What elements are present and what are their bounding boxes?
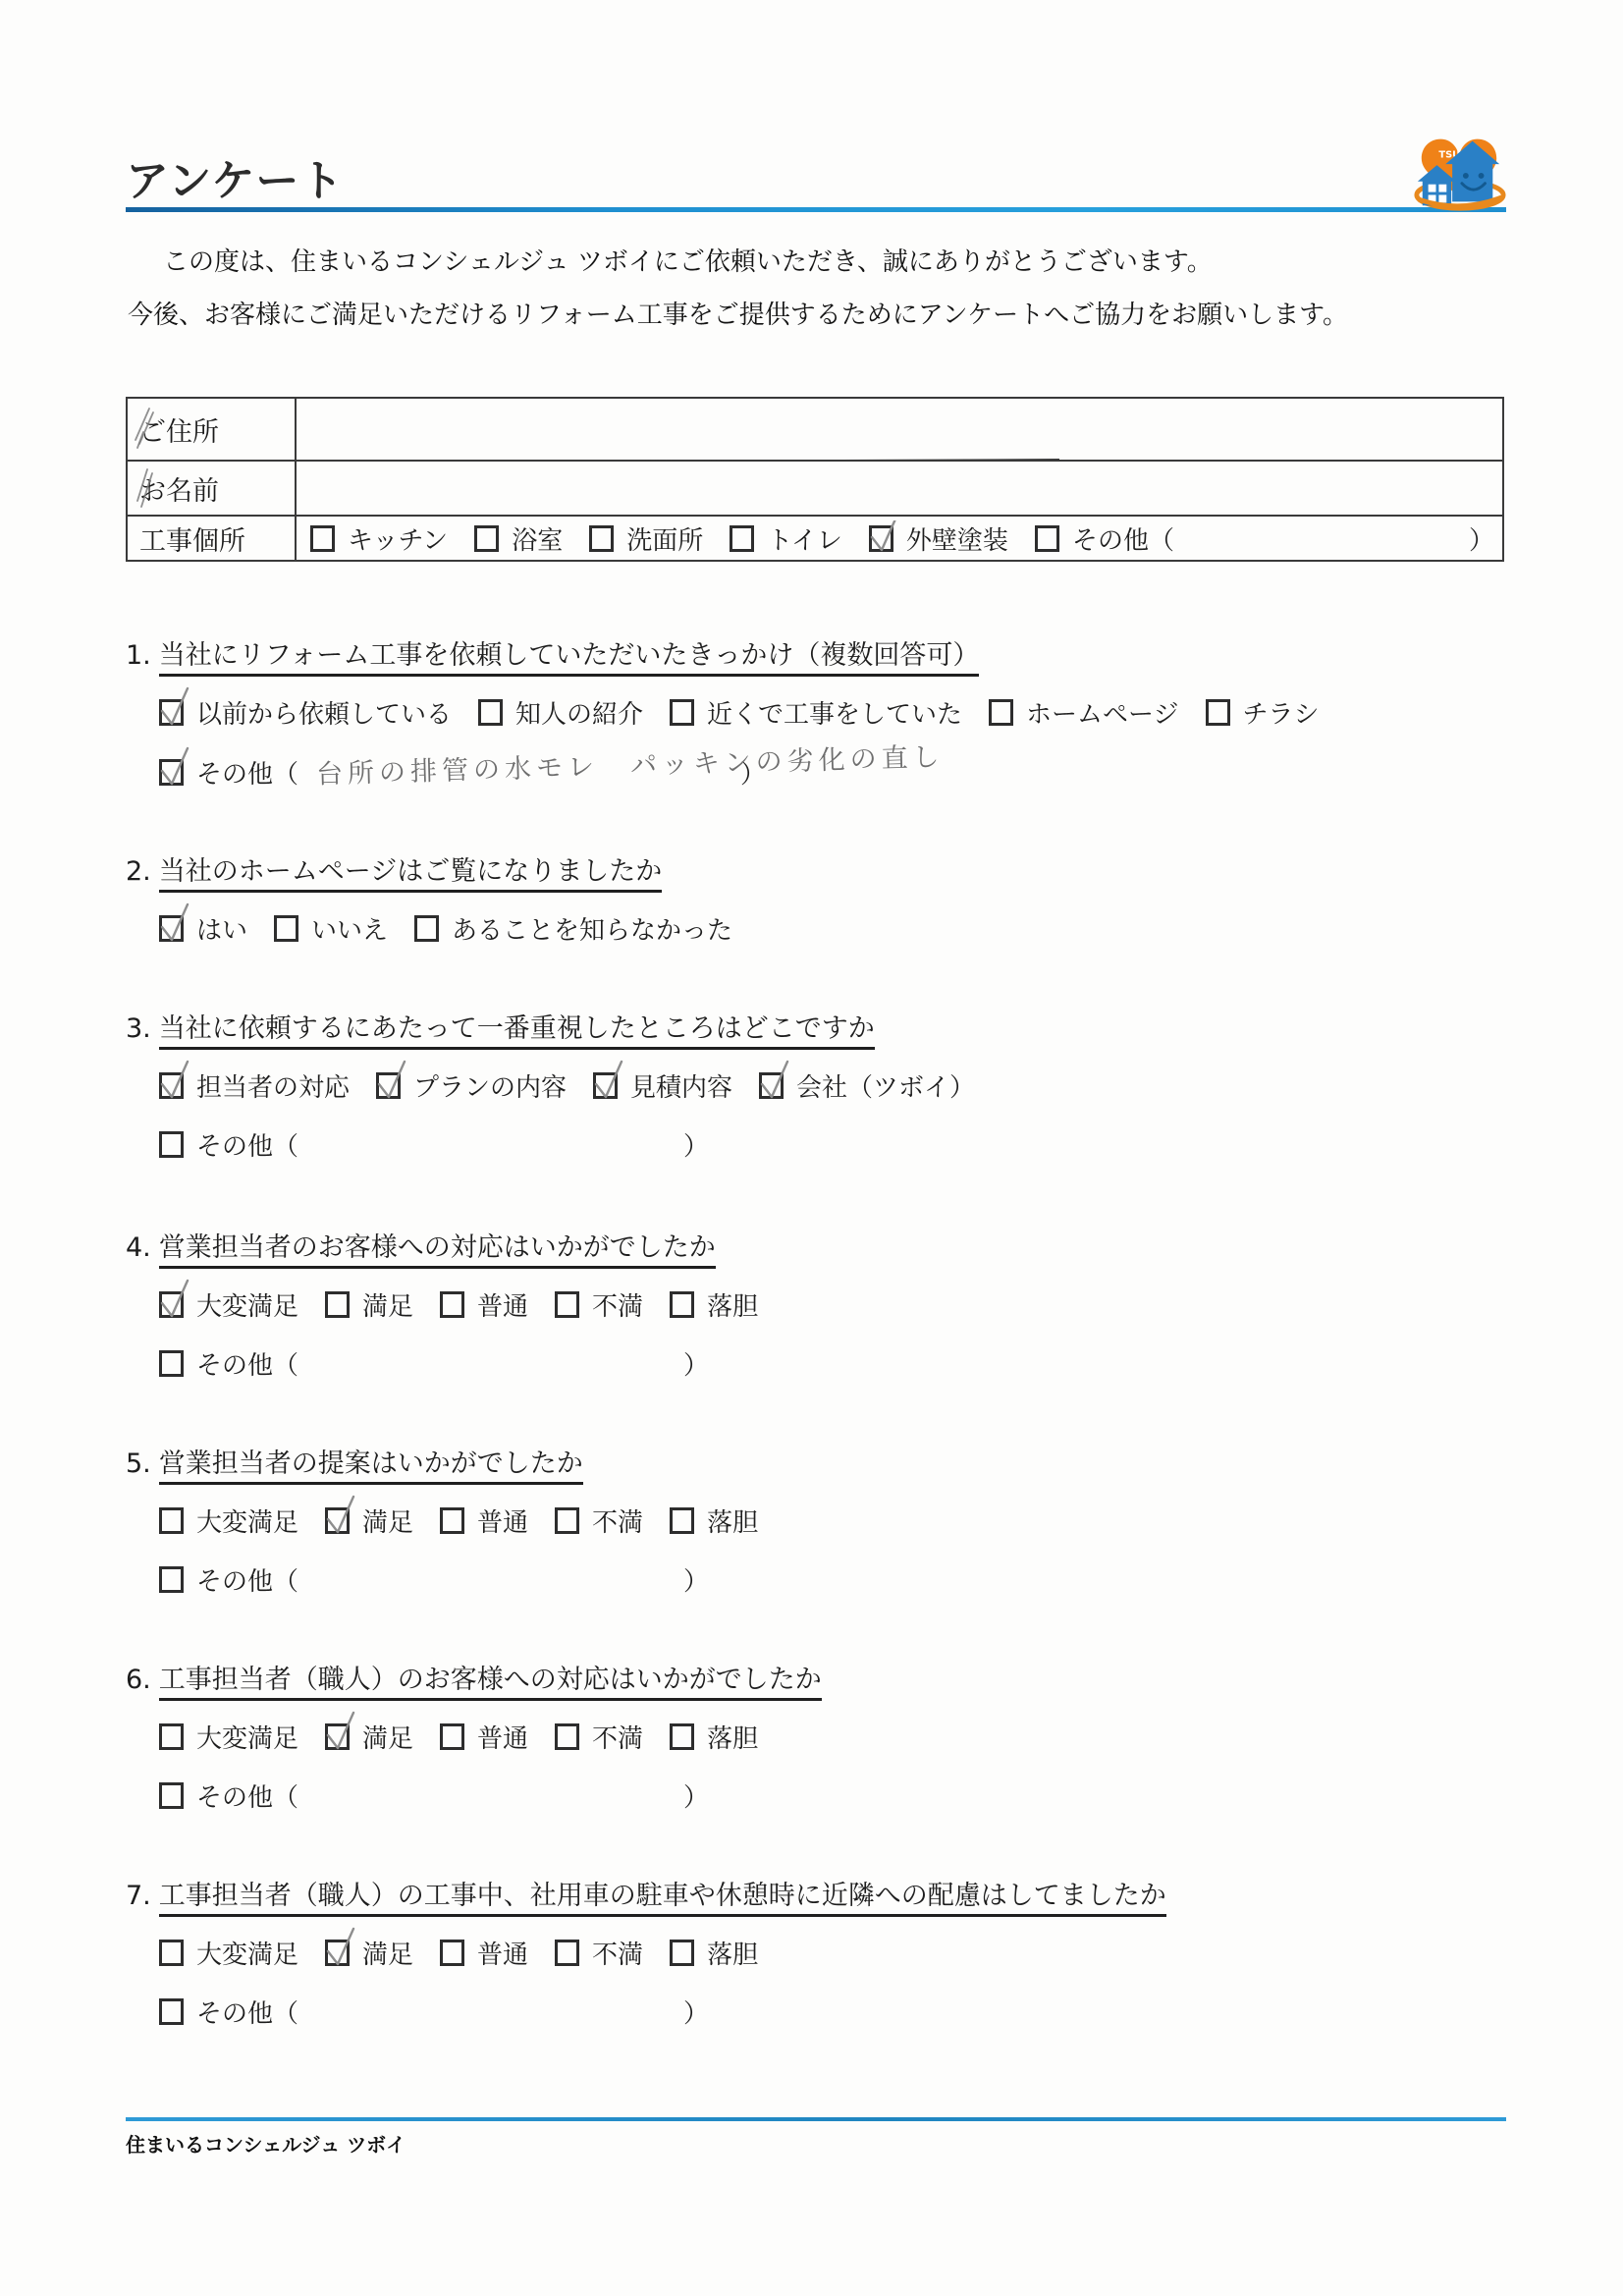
question-title: 当社にリフォーム工事を依頼していただいたきっかけ（複数回答可） bbox=[159, 640, 980, 677]
option-checked: はい bbox=[159, 910, 247, 947]
option-label: 普通 bbox=[477, 1503, 528, 1539]
checkbox[interactable] bbox=[555, 1507, 579, 1534]
option-label: その他（ bbox=[196, 1561, 298, 1598]
question-heading: 7.工事担当者（職人）の工事中、社用車の駐車や休憩時に近隣への配慮はしてましたか bbox=[126, 1874, 1540, 1912]
checkbox[interactable] bbox=[1206, 699, 1230, 726]
option-label: その他（ bbox=[1072, 520, 1174, 557]
option-label: 普通 bbox=[477, 1286, 528, 1323]
option-label: 見積内容 bbox=[630, 1067, 732, 1104]
option-unchecked: 大変満足 bbox=[159, 1503, 298, 1539]
option-label: 近くで工事をしていた bbox=[707, 694, 962, 731]
question-4: 4.営業担当者のお客様への対応はいかがでしたか大変満足満足普通不満落胆その他（） bbox=[126, 1226, 1540, 1412]
question-number: 1. bbox=[126, 640, 151, 671]
checkbox[interactable] bbox=[589, 525, 614, 552]
option-label: 大変満足 bbox=[196, 1503, 298, 1539]
other-write-in-area[interactable] bbox=[298, 1565, 683, 1595]
customer-info-table: ご住所 お名前 工事個所 キッチン浴室洗面所トイレ外 bbox=[126, 397, 1504, 562]
question-heading: 3.当社に依頼するにあたって一番重視したところはどこですか bbox=[126, 1007, 1540, 1045]
option-label: 不満 bbox=[592, 1503, 643, 1539]
option-label: 落胆 bbox=[707, 1935, 758, 1971]
option-unchecked: 落胆 bbox=[670, 1503, 758, 1539]
checkbox[interactable] bbox=[670, 1291, 694, 1318]
option-unchecked: 不満 bbox=[555, 1503, 643, 1539]
question-title: 当社に依頼するにあたって一番重視したところはどこですか bbox=[159, 1013, 875, 1050]
checkbox[interactable] bbox=[159, 1350, 184, 1377]
option-label: 担当者の対応 bbox=[196, 1067, 350, 1104]
question-6: 6.工事担当者（職人）のお客様への対応はいかがでしたか大変満足満足普通不満落胆そ… bbox=[126, 1658, 1540, 1844]
option-label: 落胆 bbox=[707, 1719, 758, 1755]
option-checked: 満足 bbox=[325, 1935, 413, 1971]
question-number: 7. bbox=[126, 1881, 151, 1911]
worksite-label: 工事個所 bbox=[139, 526, 245, 557]
checkbox[interactable] bbox=[593, 1072, 618, 1099]
intro-line-1: この度は、住まいるコンシェルジュ ツボイにご依頼いただき、誠にありがとうございま… bbox=[128, 242, 1542, 278]
name-label-cell: お名前 bbox=[127, 461, 296, 516]
title-underline bbox=[126, 207, 1506, 212]
other-write-in-area[interactable] bbox=[298, 1349, 683, 1379]
option-label: 不満 bbox=[592, 1286, 643, 1323]
option-unchecked: 落胆 bbox=[670, 1719, 758, 1755]
options-row: 担当者の対応プランの内容見積内容会社（ツボイ） bbox=[159, 1067, 1001, 1104]
option-label: 満足 bbox=[362, 1503, 413, 1539]
option-checked: 会社（ツボイ） bbox=[759, 1067, 975, 1104]
checkbox[interactable] bbox=[325, 1507, 350, 1534]
handwritten-check-icon bbox=[156, 900, 192, 948]
options-row: 以前から依頼している知人の紹介近くで工事をしていたホームページチラシ bbox=[159, 694, 1346, 731]
option-label: 満足 bbox=[362, 1286, 413, 1323]
checkbox[interactable] bbox=[478, 699, 503, 726]
option-unchecked: あることを知らなかった bbox=[414, 910, 732, 947]
option-label: トイレ bbox=[767, 520, 842, 557]
other-option-row: その他（） bbox=[159, 1126, 735, 1163]
option-unchecked: トイレ bbox=[730, 520, 842, 557]
checkbox[interactable] bbox=[159, 699, 184, 726]
option-unchecked: その他（） bbox=[159, 1345, 709, 1382]
option-checked: 満足 bbox=[325, 1719, 413, 1755]
checkbox[interactable] bbox=[730, 525, 754, 552]
checkbox[interactable] bbox=[869, 525, 893, 552]
question-number: 4. bbox=[126, 1232, 151, 1263]
checkbox[interactable] bbox=[310, 525, 335, 552]
option-checked: 担当者の対応 bbox=[159, 1067, 350, 1104]
handwritten-check-icon bbox=[590, 1057, 626, 1105]
checkbox[interactable] bbox=[274, 915, 298, 942]
options-row: 大変満足満足普通不満落胆 bbox=[159, 1719, 784, 1755]
paren-close: ） bbox=[683, 1777, 709, 1814]
checkbox[interactable] bbox=[1035, 525, 1059, 552]
option-label: その他（ bbox=[196, 1126, 298, 1163]
checkbox[interactable] bbox=[555, 1291, 579, 1318]
option-label: あることを知らなかった bbox=[452, 910, 732, 947]
question-heading: 5.営業担当者の提案はいかがでしたか bbox=[126, 1442, 1540, 1480]
checkbox[interactable] bbox=[414, 915, 439, 942]
option-unchecked: 近くで工事をしていた bbox=[670, 694, 962, 731]
checkbox[interactable] bbox=[759, 1072, 784, 1099]
option-unchecked: その他（） bbox=[159, 1994, 709, 2030]
handwritten-check-icon bbox=[866, 520, 902, 557]
other-write-in-area[interactable] bbox=[1174, 523, 1469, 553]
option-label: いいえ bbox=[311, 910, 388, 947]
page-title: アンケート bbox=[126, 145, 344, 208]
option-label: 満足 bbox=[362, 1935, 413, 1971]
option-unchecked: 普通 bbox=[440, 1286, 528, 1323]
other-write-in-area[interactable] bbox=[298, 1997, 683, 2027]
question-5: 5.営業担当者の提案はいかがでしたか大変満足満足普通不満落胆その他（） bbox=[126, 1442, 1540, 1628]
paren-close: ） bbox=[683, 1345, 709, 1382]
paren-close: ） bbox=[683, 1994, 709, 2030]
option-label: その他（ bbox=[196, 1777, 298, 1814]
name-input-field[interactable] bbox=[296, 461, 1503, 516]
checkbox[interactable] bbox=[376, 1072, 401, 1099]
checkbox[interactable] bbox=[159, 1072, 184, 1099]
other-option-row: その他（台所の排管の水モレ パッキンの劣化の直し） bbox=[159, 753, 792, 792]
paren-close: ） bbox=[683, 1561, 709, 1598]
option-label: その他（ bbox=[196, 1345, 298, 1382]
option-unchecked: 普通 bbox=[440, 1719, 528, 1755]
paren-close: ） bbox=[1469, 520, 1494, 557]
checkbox[interactable] bbox=[159, 1998, 184, 2025]
option-checked: プランの内容 bbox=[376, 1067, 567, 1104]
handwritten-check-icon bbox=[156, 683, 192, 732]
option-unchecked: その他（） bbox=[159, 1561, 709, 1598]
option-unchecked: 不満 bbox=[555, 1935, 643, 1971]
question-3: 3.当社に依頼するにあたって一番重視したところはどこですか担当者の対応プランの内… bbox=[126, 1007, 1540, 1193]
question-number: 5. bbox=[126, 1449, 151, 1479]
option-label: プランの内容 bbox=[413, 1067, 567, 1104]
address-input-field[interactable] bbox=[296, 398, 1503, 461]
checkbox[interactable] bbox=[159, 1566, 184, 1593]
checkbox[interactable] bbox=[325, 1723, 350, 1750]
checkbox[interactable] bbox=[989, 699, 1013, 726]
option-unchecked: いいえ bbox=[274, 910, 388, 947]
checkbox[interactable] bbox=[159, 1940, 184, 1966]
tsuboi-logo-icon: TSUBOI bbox=[1411, 126, 1507, 216]
option-unchecked: 知人の紹介 bbox=[478, 694, 643, 731]
checkbox[interactable] bbox=[670, 1940, 694, 1966]
other-option-row: その他（） bbox=[159, 1777, 735, 1814]
checkbox[interactable] bbox=[670, 699, 694, 726]
option-label: 大変満足 bbox=[196, 1286, 298, 1323]
option-checked: 満足 bbox=[325, 1503, 413, 1539]
other-write-in-area[interactable] bbox=[298, 1781, 683, 1811]
option-unchecked: ホームページ bbox=[989, 694, 1178, 731]
options-row: 大変満足満足普通不満落胆 bbox=[159, 1286, 784, 1323]
handwritten-check-icon bbox=[156, 1057, 192, 1105]
option-label: 浴室 bbox=[512, 520, 563, 557]
question-7: 7.工事担当者（職人）の工事中、社用車の駐車や休憩時に近隣への配慮はしてましたか… bbox=[126, 1874, 1540, 2060]
option-label: 会社（ツボイ） bbox=[796, 1067, 975, 1104]
checkbox[interactable] bbox=[440, 1291, 464, 1318]
checkbox[interactable] bbox=[440, 1507, 464, 1534]
handwritten-other-text: 台所の排管の水モレ パッキンの劣化の直し bbox=[298, 740, 740, 792]
paren-close: ） bbox=[683, 1126, 709, 1163]
option-label: 以前から依頼している bbox=[196, 694, 452, 731]
checkbox[interactable] bbox=[159, 915, 184, 942]
worksite-label-cell: 工事個所 bbox=[127, 516, 296, 561]
other-option-row: その他（） bbox=[159, 1994, 735, 2030]
options-row: 大変満足満足普通不満落胆 bbox=[159, 1935, 784, 1971]
question-heading: 6.工事担当者（職人）のお客様への対応はいかがでしたか bbox=[126, 1658, 1540, 1696]
checkbox[interactable] bbox=[159, 1131, 184, 1158]
question-title: 営業担当者のお客様への対応はいかがでしたか bbox=[159, 1232, 716, 1269]
option-label: チラシ bbox=[1243, 694, 1320, 731]
worksite-options-row: キッチン浴室洗面所トイレ外壁塗装その他（） bbox=[297, 520, 1502, 557]
footer-company-name: 住まいるコンシェルジュ ツボイ bbox=[126, 2129, 406, 2158]
question-heading: 4.営業担当者のお客様への対応はいかがでしたか bbox=[126, 1226, 1540, 1264]
checkbox[interactable] bbox=[159, 1723, 184, 1750]
option-label: 外壁塗装 bbox=[906, 520, 1008, 557]
footer-rule bbox=[126, 2117, 1506, 2121]
other-option-row: その他（） bbox=[159, 1561, 735, 1598]
question-1: 1.当社にリフォーム工事を依頼していただいたきっかけ（複数回答可）以前から依頼し… bbox=[126, 633, 1540, 820]
option-label: キッチン bbox=[348, 520, 448, 557]
option-unchecked: 普通 bbox=[440, 1503, 528, 1539]
options-row: はいいいえあることを知らなかった bbox=[159, 910, 759, 947]
handwritten-check-icon bbox=[322, 1708, 358, 1756]
question-heading: 1.当社にリフォーム工事を依頼していただいたきっかけ（複数回答可） bbox=[126, 633, 1540, 672]
handwritten-check-icon bbox=[322, 1924, 358, 1972]
checkbox[interactable] bbox=[159, 1507, 184, 1534]
option-checked: その他（台所の排管の水モレ パッキンの劣化の直し） bbox=[159, 753, 766, 792]
option-label: 落胆 bbox=[707, 1286, 758, 1323]
option-checked: 以前から依頼している bbox=[159, 694, 452, 731]
option-label: 大変満足 bbox=[196, 1719, 298, 1755]
checkbox[interactable] bbox=[159, 1291, 184, 1318]
option-label: 満足 bbox=[362, 1719, 413, 1755]
option-label: 大変満足 bbox=[196, 1935, 298, 1971]
option-label: 落胆 bbox=[707, 1503, 758, 1539]
question-number: 6. bbox=[126, 1665, 151, 1695]
option-unchecked: 不満 bbox=[555, 1719, 643, 1755]
option-unchecked: 普通 bbox=[440, 1935, 528, 1971]
option-label: その他（ bbox=[196, 1994, 298, 2030]
question-number: 3. bbox=[126, 1013, 151, 1044]
handwritten-check-icon bbox=[156, 1276, 192, 1324]
option-unchecked: 落胆 bbox=[670, 1935, 758, 1971]
option-unchecked: 大変満足 bbox=[159, 1935, 298, 1971]
checkbox[interactable] bbox=[159, 1782, 184, 1809]
option-unchecked: キッチン bbox=[310, 520, 448, 557]
option-label: はい bbox=[196, 910, 247, 947]
question-title: 営業担当者の提案はいかがでしたか bbox=[159, 1449, 583, 1485]
option-label: 普通 bbox=[477, 1719, 528, 1755]
option-label: ホームページ bbox=[1026, 694, 1178, 731]
checkbox[interactable] bbox=[670, 1723, 694, 1750]
address-label-cell: ご住所 bbox=[127, 398, 296, 461]
handwritten-check-icon bbox=[756, 1057, 792, 1105]
option-label: 知人の紹介 bbox=[515, 694, 643, 731]
handwritten-check-icon bbox=[373, 1057, 409, 1105]
checkbox[interactable] bbox=[325, 1291, 350, 1318]
option-unchecked: 不満 bbox=[555, 1286, 643, 1323]
option-label: 不満 bbox=[592, 1935, 643, 1971]
option-checked: 外壁塗装 bbox=[869, 520, 1008, 557]
option-unchecked: 満足 bbox=[325, 1286, 413, 1323]
option-label: 不満 bbox=[592, 1719, 643, 1755]
company-logo: TSUBOI bbox=[1411, 126, 1507, 216]
option-checked: 大変満足 bbox=[159, 1286, 298, 1323]
handwritten-check-icon bbox=[322, 1492, 358, 1540]
option-label: 普通 bbox=[477, 1935, 528, 1971]
options-row: 大変満足満足普通不満落胆 bbox=[159, 1503, 784, 1539]
survey-page: アンケート TSUBOI この度は、住まいるコンシェルジュ ツボイにご依頼いただ… bbox=[0, 0, 1623, 2296]
option-unchecked: その他（） bbox=[159, 1126, 709, 1163]
checkbox[interactable] bbox=[555, 1940, 579, 1966]
question-title: 工事担当者（職人）のお客様への対応はいかがでしたか bbox=[159, 1665, 822, 1701]
other-option-row: その他（） bbox=[159, 1345, 735, 1382]
option-unchecked: その他（） bbox=[1035, 520, 1494, 557]
question-number: 2. bbox=[126, 856, 151, 887]
checkbox[interactable] bbox=[474, 525, 499, 552]
checkbox[interactable] bbox=[670, 1507, 694, 1534]
handwritten-check-icon bbox=[156, 743, 192, 792]
question-title: 当社のホームページはご覧になりましたか bbox=[159, 856, 662, 893]
option-unchecked: 落胆 bbox=[670, 1286, 758, 1323]
option-unchecked: 洗面所 bbox=[589, 520, 703, 557]
option-unchecked: 大変満足 bbox=[159, 1719, 298, 1755]
checkbox[interactable] bbox=[159, 759, 184, 786]
question-heading: 2.当社のホームページはご覧になりましたか bbox=[126, 849, 1540, 888]
option-label: 洗面所 bbox=[626, 520, 703, 557]
question-title: 工事担当者（職人）の工事中、社用車の駐車や休憩時に近隣への配慮はしてましたか bbox=[159, 1881, 1166, 1917]
checkbox[interactable] bbox=[325, 1940, 350, 1966]
checkbox[interactable] bbox=[555, 1723, 579, 1750]
option-checked: 見積内容 bbox=[593, 1067, 732, 1104]
option-unchecked: その他（） bbox=[159, 1777, 709, 1814]
option-unchecked: チラシ bbox=[1206, 694, 1320, 731]
pen-scribble-icon bbox=[130, 405, 159, 450]
checkbox[interactable] bbox=[440, 1940, 464, 1966]
pen-scribble-icon bbox=[130, 467, 159, 513]
other-write-in-area[interactable] bbox=[298, 1130, 683, 1160]
checkbox[interactable] bbox=[440, 1723, 464, 1750]
option-label: その他（ bbox=[196, 754, 298, 791]
option-unchecked: 浴室 bbox=[474, 520, 563, 557]
intro-line-2: 今後、お客様にご満足いただけるリフォーム工事をご提供するためにアンケートへご協力… bbox=[128, 295, 1542, 331]
